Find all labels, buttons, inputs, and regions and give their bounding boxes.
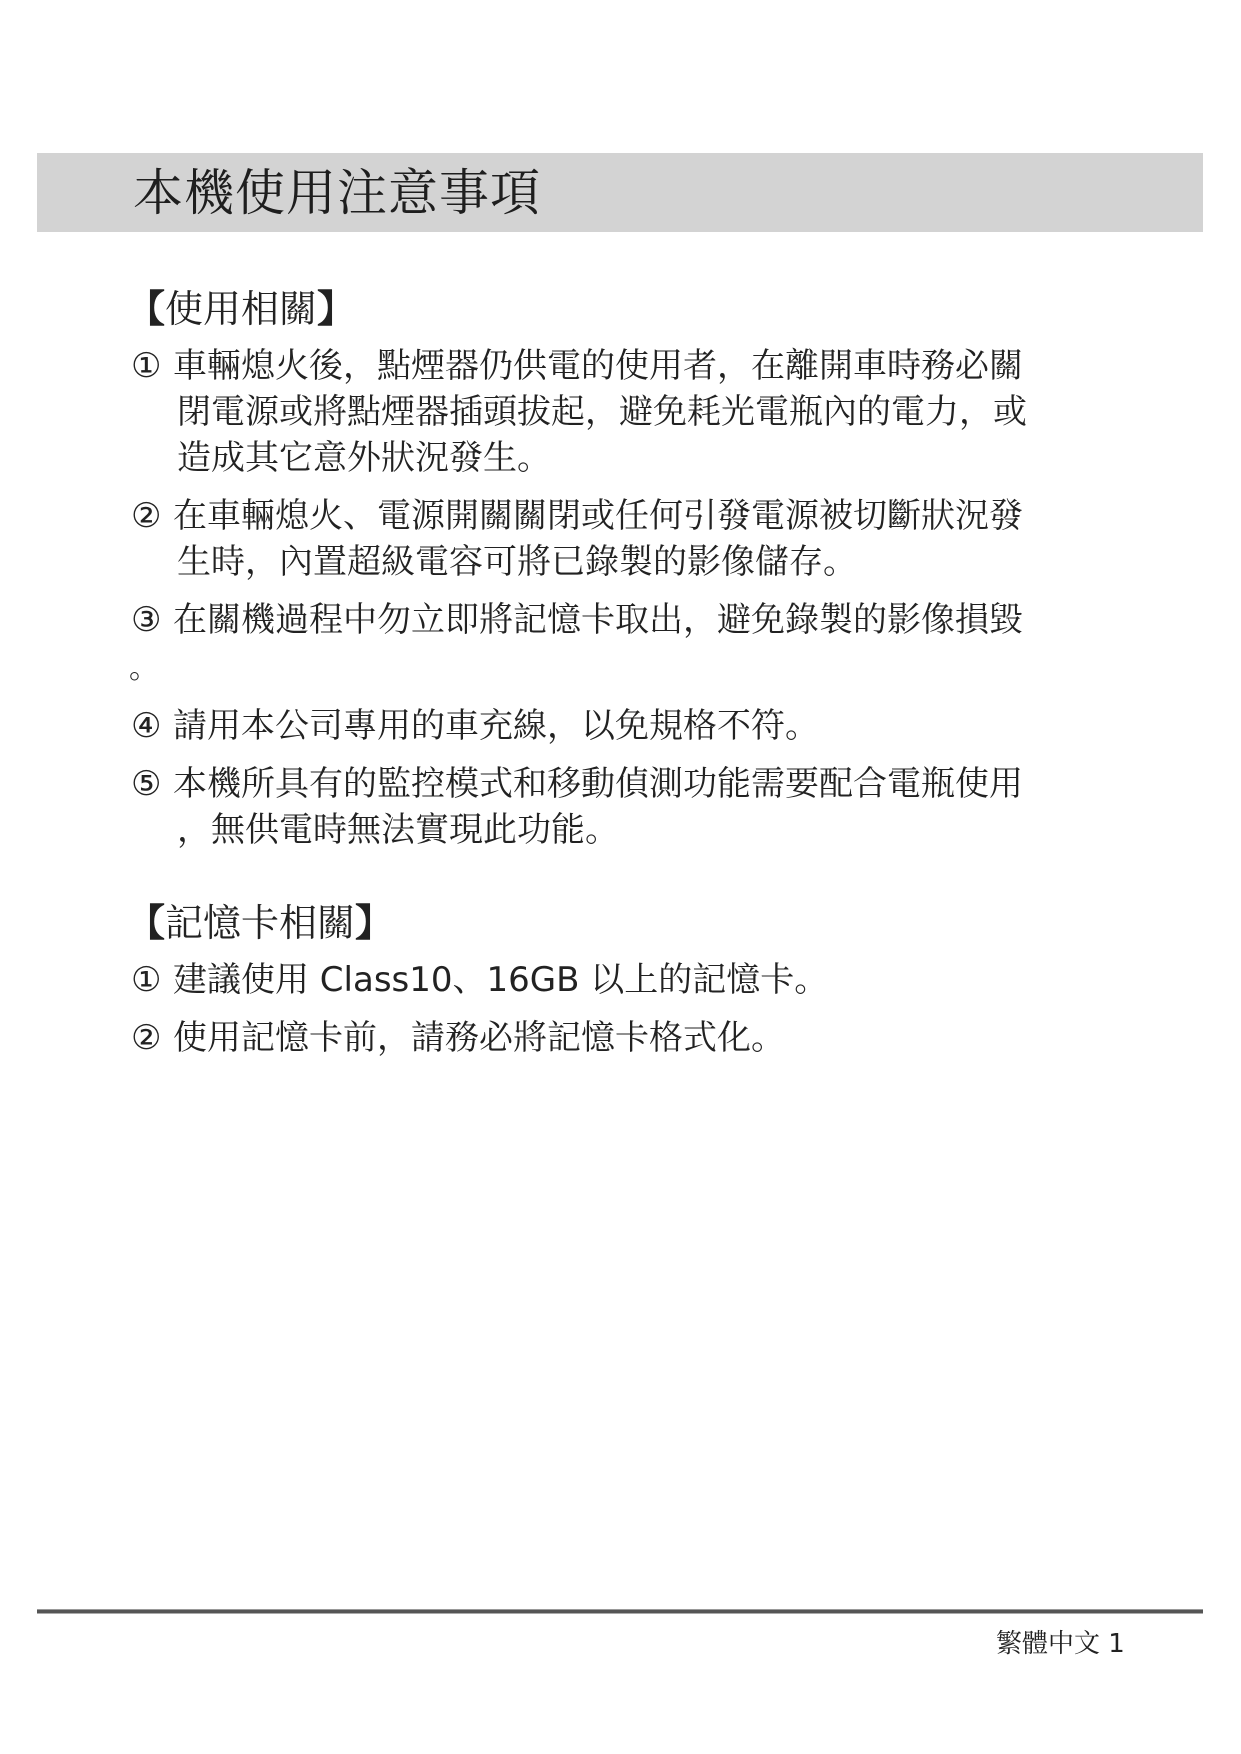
circled-number-3: ③: [131, 597, 161, 643]
item-text-line: 閉電源或將點煙器插頭拔起，避免耗光電瓶內的電力，或: [173, 389, 1133, 435]
item-text-line: ，無供電時無法實現此功能。: [173, 807, 1133, 853]
item-text-line: 本機所具有的監控模式和移動偵測功能需要配合電瓶使用: [173, 761, 1133, 807]
section-spacer: [133, 865, 1133, 899]
section-heading-label: 記憶卡相關: [165, 901, 355, 945]
circled-number-1: ①: [131, 957, 161, 1003]
circled-number-2: ②: [131, 493, 161, 539]
page-content: 【使用相關】 ① 車輛熄火後，點煙器仍供電的使用者，在離開車時務必關 閉電源或將…: [133, 285, 1133, 1073]
list-item: ② 在車輛熄火、電源開關關閉或任何引發電源被切斷狀況發 生時，內置超級電容可將已…: [133, 493, 1133, 585]
orphan-period: 。: [129, 649, 1133, 689]
footer-divider: [37, 1609, 1203, 1614]
list-item: ④ 請用本公司專用的車充線，以免規格不符。: [133, 703, 1133, 749]
list-item: ⑤ 本機所具有的監控模式和移動偵測功能需要配合電瓶使用 ，無供電時無法實現此功能…: [133, 761, 1133, 853]
bracket-close: 】: [317, 287, 355, 331]
section-usage: 【使用相關】 ① 車輛熄火後，點煙器仍供電的使用者，在離開車時務必關 閉電源或將…: [133, 285, 1133, 853]
item-text-line: 生時，內置超級電容可將已錄製的影像儲存。: [173, 539, 1133, 585]
item-text-line: 在車輛熄火、電源開關關閉或任何引發電源被切斷狀況發: [173, 493, 1133, 539]
item-text-line: 在關機過程中勿立即將記憶卡取出，避免錄製的影像損毀: [173, 597, 1133, 643]
section-memory-card: 【記憶卡相關】 ① 建議使用 Class10、16GB 以上的記憶卡。 ② 使用…: [133, 899, 1133, 1061]
item-text-line: 車輛熄火後，點煙器仍供電的使用者，在離開車時務必關: [173, 343, 1133, 389]
circled-number-2: ②: [131, 1015, 161, 1061]
list-item: ② 使用記憶卡前，請務必將記憶卡格式化。: [133, 1015, 1133, 1061]
section-heading-memory-card: 【記憶卡相關】: [127, 899, 1133, 947]
list-item: ③ 在關機過程中勿立即將記憶卡取出，避免錄製的影像損毀: [133, 597, 1133, 643]
section-heading-label: 使用相關: [165, 287, 317, 331]
bracket-open: 【: [127, 287, 165, 331]
list-item: ① 建議使用 Class10、16GB 以上的記憶卡。: [133, 957, 1133, 1003]
circled-number-4: ④: [131, 703, 161, 749]
list-item: ① 車輛熄火後，點煙器仍供電的使用者，在離開車時務必關 閉電源或將點煙器插頭拔起…: [133, 343, 1133, 481]
circled-number-5: ⑤: [131, 761, 161, 807]
page-header-bar: 本機使用注意事項: [37, 153, 1203, 232]
item-text-line: 造成其它意外狀況發生。: [173, 435, 1133, 481]
bracket-close: 】: [355, 901, 393, 945]
footer-page-label: 繁體中文 1: [996, 1628, 1125, 1660]
circled-number-1: ①: [131, 343, 161, 389]
item-text-line: 使用記憶卡前，請務必將記憶卡格式化。: [173, 1015, 1133, 1061]
item-text-line: 請用本公司專用的車充線，以免規格不符。: [173, 703, 1133, 749]
bracket-open: 【: [127, 901, 165, 945]
section-heading-usage: 【使用相關】: [127, 285, 1133, 333]
page-title: 本機使用注意事項: [133, 165, 541, 221]
item-text-line: 建議使用 Class10、16GB 以上的記憶卡。: [173, 957, 1133, 1003]
